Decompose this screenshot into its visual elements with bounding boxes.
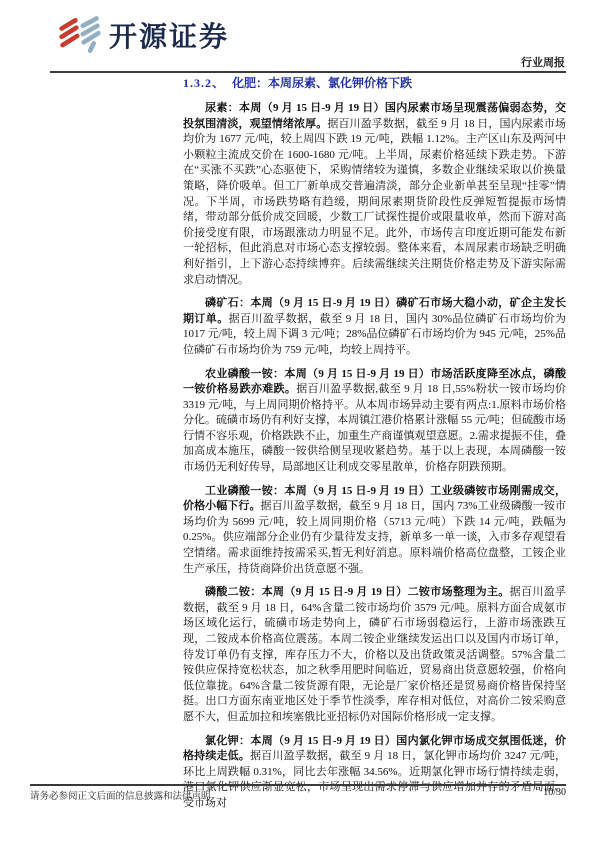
report-content: 1.3.2、化肥：本周尿素、氯化钾价格下跌 尿素：本周（9 月 15 日-9 月…	[183, 74, 566, 820]
section-heading: 1.3.2、化肥：本周尿素、氯化钾价格下跌	[183, 74, 566, 91]
section-title: 化肥：本周尿素、氯化钾价格下跌	[232, 76, 412, 90]
paragraph-body-agricultural-map: 据百川盈孚数据,截至 9 月 18 日,55%粉状一铵市场均价 3319 元/吨…	[183, 383, 566, 473]
paragraph-dap: 磷酸二铵：本周（9 月 15 日-9 月 19 日）二铵市场整理为主。据百川盈孚…	[183, 585, 566, 725]
paragraph-urea: 尿素：本周（9 月 15 日-9 月 19 日）国内尿素市场呈现震荡偏弱态势，交…	[183, 101, 566, 288]
brand-logo-icon	[57, 15, 103, 55]
paragraph-phosphate-rock: 磷矿石：本周（9 月 15 日-9 月 19 日）磷矿石市场大稳小动，矿企主发长…	[183, 296, 566, 358]
footer-divider	[30, 784, 566, 786]
section-number: 1.3.2、	[183, 76, 225, 90]
page-number: 10/30	[543, 787, 566, 798]
brand-logo: 开源证券	[57, 15, 229, 55]
brand-logo-text: 开源证券	[109, 15, 229, 55]
paragraph-agricultural-map: 农业磷酸一铵：本周（9 月 15 日-9 月 19 日）市场活跃度降至冰点，磷酸…	[183, 367, 566, 476]
paragraph-lead-dap: 磷酸二铵：本周（9 月 15 日-9 月 19 日）二铵市场整理为主。	[205, 586, 510, 598]
report-page: 开源证券 行业周报 1.3.2、化肥：本周尿素、氯化钾价格下跌 尿素：本周（9 …	[0, 0, 596, 842]
paragraph-body-dap: 据百川盈孚数据，截至 9 月 18 日，64%含量二铵市场均价 3579 元/吨…	[183, 586, 566, 723]
paragraph-potassium-chloride: 氯化钾：本周（9 月 15 日-9 月 19 日）国内氯化钾市场成交氛围低迷，价…	[183, 734, 566, 812]
body-paragraphs: 尿素：本周（9 月 15 日-9 月 19 日）国内尿素市场呈现震荡偏弱态势，交…	[183, 101, 566, 812]
paragraph-body-phosphate-rock: 据百川盈孚数据，截至 9 月 18 日，国内 30%品位磷矿石市场均价为 101…	[183, 313, 566, 356]
paragraph-body-urea: 据百川盈孚数据，截至 9 月 18 日，国内尿素市场均价为 1677 元/吨，较…	[183, 118, 566, 286]
report-type-label: 行业周报	[521, 54, 565, 70]
header-divider	[50, 71, 566, 73]
footer-disclaimer: 请务必参阅正文后面的信息披露和法律声明	[30, 788, 211, 802]
paragraph-industrial-map: 工业磷酸一铵：本周（9 月 15 日-9 月 19 日）工业级磷铵市场刚需成交，…	[183, 484, 566, 578]
